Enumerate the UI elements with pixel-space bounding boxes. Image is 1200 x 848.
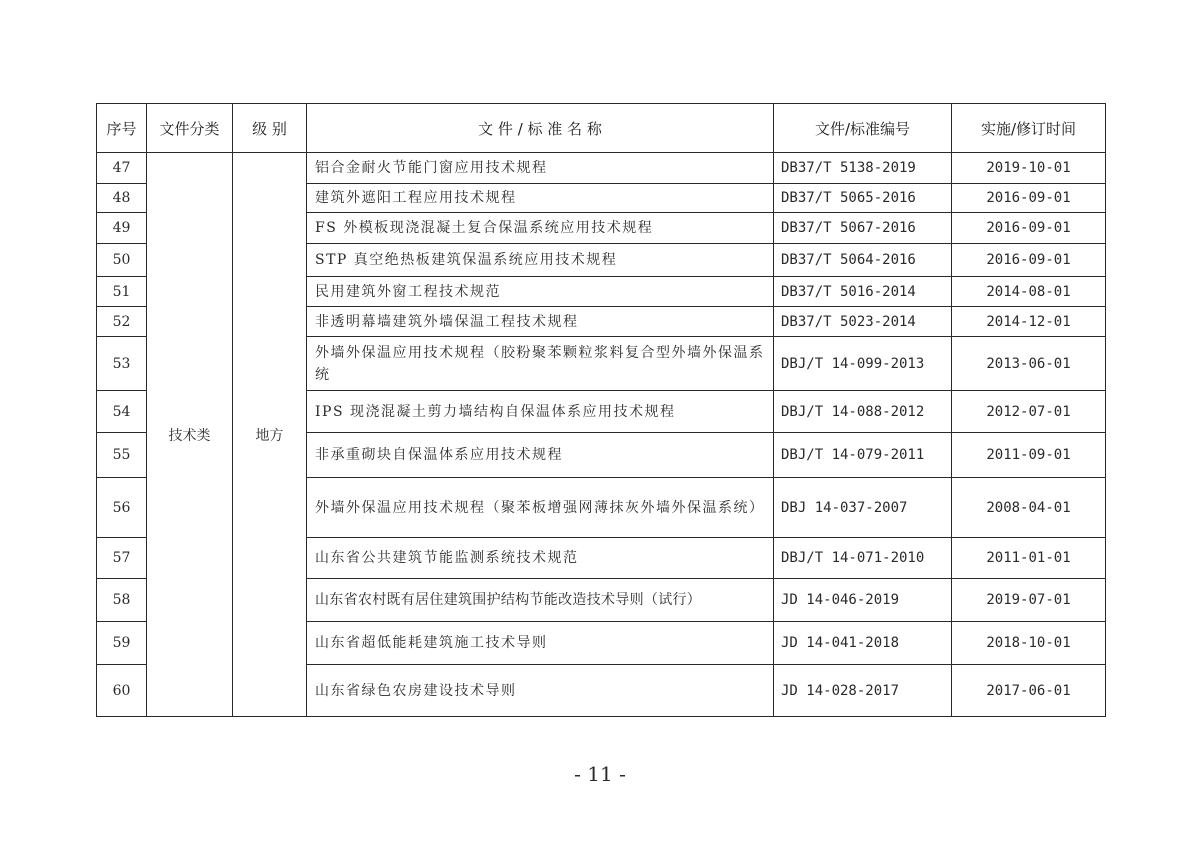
level-cell: 地方 (233, 153, 307, 717)
row-index: 53 (97, 337, 147, 391)
standards-table: 序号 文件分类 级 别 文 件 / 标 准 名 称 文件/标准编号 实施/修订时… (96, 103, 1106, 717)
row-date: 2016-09-01 (952, 244, 1106, 277)
row-index: 48 (97, 184, 147, 213)
row-index: 50 (97, 244, 147, 277)
row-code: JD 14-041-2018 (774, 622, 952, 665)
row-date: 2012-07-01 (952, 391, 1106, 433)
header-name: 文 件 / 标 准 名 称 (307, 104, 774, 153)
row-date: 2014-08-01 (952, 277, 1106, 307)
row-name: 山东省农村既有居住建筑围护结构节能改造技术导则（试行） (307, 579, 774, 622)
row-index: 47 (97, 153, 147, 184)
row-name: 山东省公共建筑节能监测系统技术规范 (307, 538, 774, 579)
row-date: 2019-10-01 (952, 153, 1106, 184)
header-code: 文件/标准编号 (774, 104, 952, 153)
row-code: DB37/T 5065-2016 (774, 184, 952, 213)
row-code: DB37/T 5064-2016 (774, 244, 952, 277)
row-code: DB37/T 5016-2014 (774, 277, 952, 307)
row-code: DBJ/T 14-079-2011 (774, 433, 952, 478)
row-date: 2018-10-01 (952, 622, 1106, 665)
row-code: JD 14-028-2017 (774, 665, 952, 717)
row-date: 2011-09-01 (952, 433, 1106, 478)
row-index: 60 (97, 665, 147, 717)
row-name: FS 外模板现浇混凝土复合保温系统应用技术规程 (307, 213, 774, 244)
row-name: 外墙外保温应用技术规程（胶粉聚苯颗粒浆料复合型外墙外保温系统 (307, 337, 774, 391)
row-date: 2011-01-01 (952, 538, 1106, 579)
row-name: STP 真空绝热板建筑保温系统应用技术规程 (307, 244, 774, 277)
table-row: 47 技术类 地方 铝合金耐火节能门窗应用技术规程 DB37/T 5138-20… (97, 153, 1106, 184)
row-code: DB37/T 5067-2016 (774, 213, 952, 244)
row-date: 2016-09-01 (952, 184, 1106, 213)
row-date: 2017-06-01 (952, 665, 1106, 717)
row-date: 2016-09-01 (952, 213, 1106, 244)
row-code: DBJ/T 14-088-2012 (774, 391, 952, 433)
row-name: 山东省绿色农房建设技术导则 (307, 665, 774, 717)
row-code: DBJ/T 14-071-2010 (774, 538, 952, 579)
row-index: 57 (97, 538, 147, 579)
row-name: 建筑外遮阳工程应用技术规程 (307, 184, 774, 213)
row-index: 56 (97, 478, 147, 538)
row-index: 52 (97, 307, 147, 337)
header-category: 文件分类 (147, 104, 233, 153)
row-date: 2013-06-01 (952, 337, 1106, 391)
row-code: DBJ 14-037-2007 (774, 478, 952, 538)
row-index: 51 (97, 277, 147, 307)
row-name: IPS 现浇混凝土剪力墙结构自保温体系应用技术规程 (307, 391, 774, 433)
table-header-row: 序号 文件分类 级 别 文 件 / 标 准 名 称 文件/标准编号 实施/修订时… (97, 104, 1106, 153)
row-index: 49 (97, 213, 147, 244)
row-name: 铝合金耐火节能门窗应用技术规程 (307, 153, 774, 184)
row-name: 民用建筑外窗工程技术规范 (307, 277, 774, 307)
row-name: 非透明幕墙建筑外墙保温工程技术规程 (307, 307, 774, 337)
header-index: 序号 (97, 104, 147, 153)
row-name: 非承重砌块自保温体系应用技术规程 (307, 433, 774, 478)
row-code: DB37/T 5138-2019 (774, 153, 952, 184)
row-index: 59 (97, 622, 147, 665)
page-number: - 11 - (0, 762, 1200, 786)
row-index: 58 (97, 579, 147, 622)
category-cell: 技术类 (147, 153, 233, 717)
row-code: DBJ/T 14-099-2013 (774, 337, 952, 391)
row-date: 2019-07-01 (952, 579, 1106, 622)
row-code: DB37/T 5023-2014 (774, 307, 952, 337)
row-date: 2014-12-01 (952, 307, 1106, 337)
row-name: 山东省超低能耗建筑施工技术导则 (307, 622, 774, 665)
row-index: 54 (97, 391, 147, 433)
row-index: 55 (97, 433, 147, 478)
row-code: JD 14-046-2019 (774, 579, 952, 622)
header-level: 级 别 (233, 104, 307, 153)
row-date: 2008-04-01 (952, 478, 1106, 538)
row-name: 外墙外保温应用技术规程（聚苯板增强网薄抹灰外墙外保温系统） (307, 478, 774, 538)
header-date: 实施/修订时间 (952, 104, 1106, 153)
